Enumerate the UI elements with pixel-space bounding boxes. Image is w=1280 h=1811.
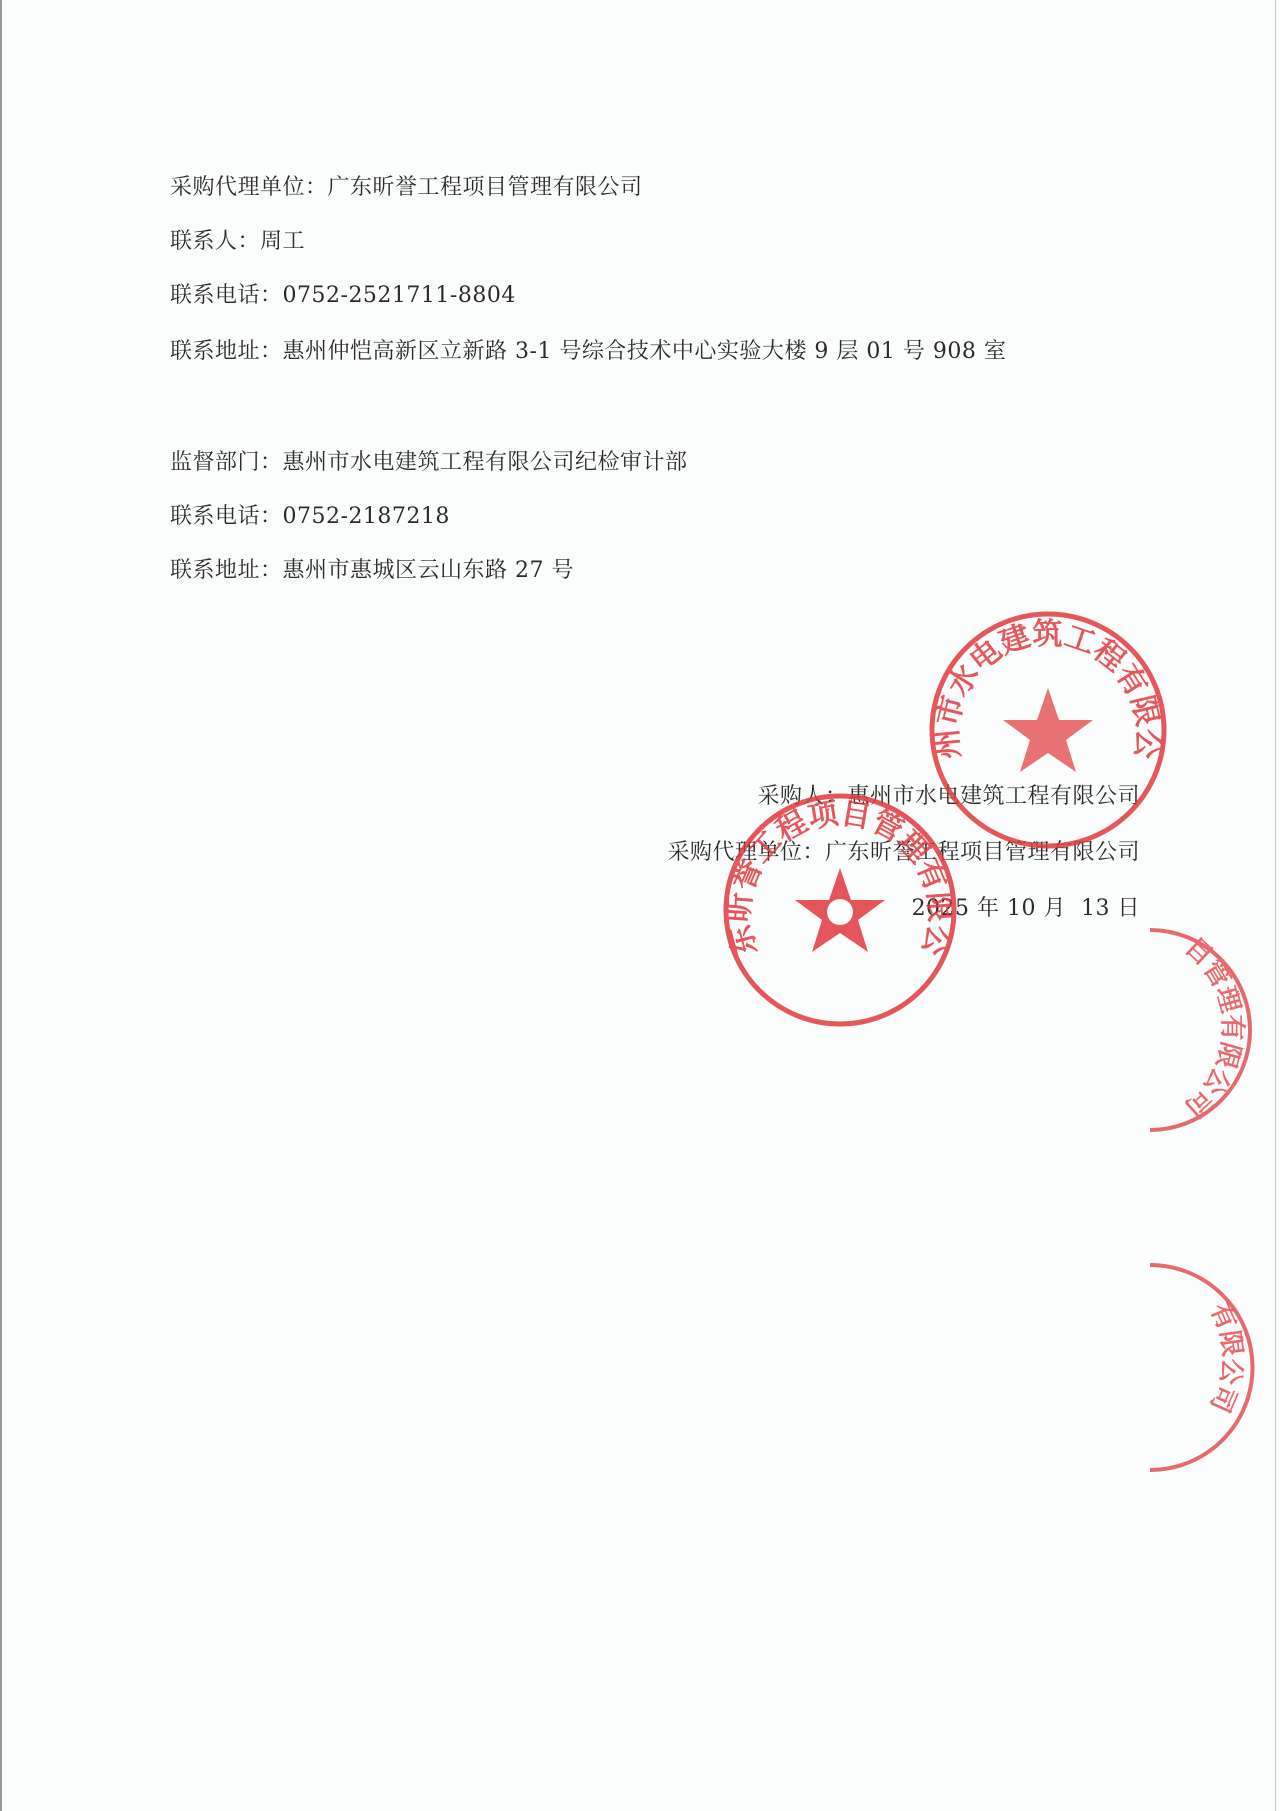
supervision-department-label: 监督部门：: [170, 450, 283, 475]
signature-date: 2025 年 10 月 13 日: [912, 894, 1140, 924]
supervision-address-value: 惠州市惠城区云山东路 27 号: [283, 558, 574, 583]
agency-name-line: 采购代理单位：广东昕誉工程项目管理有限公司: [170, 173, 643, 203]
signature-purchaser-label: 采购人：: [757, 784, 847, 809]
agency-contact-label: 联系人：: [170, 229, 260, 254]
seam-seal-2-text: 有限公司: [1204, 1298, 1247, 1416]
supervision-phone-line: 联系电话：0752-2187218: [170, 502, 450, 532]
supervision-phone-value: 0752-2187218: [283, 504, 450, 529]
page-edge-left: [0, 0, 2, 1811]
signature-purchaser-value: 惠州市水电建筑工程有限公司: [847, 784, 1140, 809]
supervision-phone-label: 联系电话：: [170, 504, 283, 529]
agency-name-value: 广东昕誉工程项目管理有限公司: [328, 175, 643, 200]
agency-address-line: 联系地址：惠州仲恺高新区立新路 3-1 号综合技术中心实验大楼 9 层 01 号…: [170, 337, 1006, 367]
supervision-department-line: 监督部门：惠州市水电建筑工程有限公司纪检审计部: [170, 448, 688, 478]
signature-agency-value: 广东昕誉工程项目管理有限公司: [825, 840, 1140, 865]
agency-phone-label: 联系电话：: [170, 283, 283, 308]
signature-agency-label: 采购代理单位：: [667, 840, 825, 865]
seam-seal-2: 有限公司: [1150, 1265, 1253, 1470]
supervision-address-line: 联系地址：惠州市惠城区云山东路 27 号: [170, 556, 574, 586]
supervision-address-label: 联系地址：: [170, 558, 283, 583]
seam-seal-1: 目管理有限公司: [1150, 930, 1250, 1130]
agency-phone-line: 联系电话：0752-2521711-8804: [170, 281, 516, 311]
star-icon: [1003, 688, 1093, 772]
star-icon: [795, 868, 885, 952]
signature-agency-line: 采购代理单位：广东昕誉工程项目管理有限公司: [667, 838, 1140, 868]
agency-seal-text: 广东昕誉工程项目管理有限公司: [0, 0, 957, 959]
purchaser-seal: 惠州市水电建筑工程有限公司: [0, 0, 1165, 846]
supervision-department-value: 惠州市水电建筑工程有限公司纪检审计部: [283, 450, 688, 475]
seam-seal-1-text: 目管理有限公司: [1179, 932, 1247, 1123]
signature-purchaser-line: 采购人：惠州市水电建筑工程有限公司: [757, 782, 1140, 812]
page-edge-right: [1275, 0, 1276, 1811]
agency-phone-value: 0752-2521711-8804: [283, 283, 516, 308]
agency-name-label: 采购代理单位：: [170, 175, 328, 200]
agency-contact-line: 联系人：周工: [170, 227, 305, 257]
agency-seal: 广东昕誉工程项目管理有限公司: [0, 0, 957, 1024]
agency-address-value: 惠州仲恺高新区立新路 3-1 号综合技术中心实验大楼 9 层 01 号 908 …: [283, 339, 1007, 364]
purchaser-seal-text: 惠州市水电建筑工程有限公司: [0, 0, 1165, 760]
agency-contact-value: 周工: [260, 229, 305, 254]
agency-address-label: 联系地址：: [170, 339, 283, 364]
